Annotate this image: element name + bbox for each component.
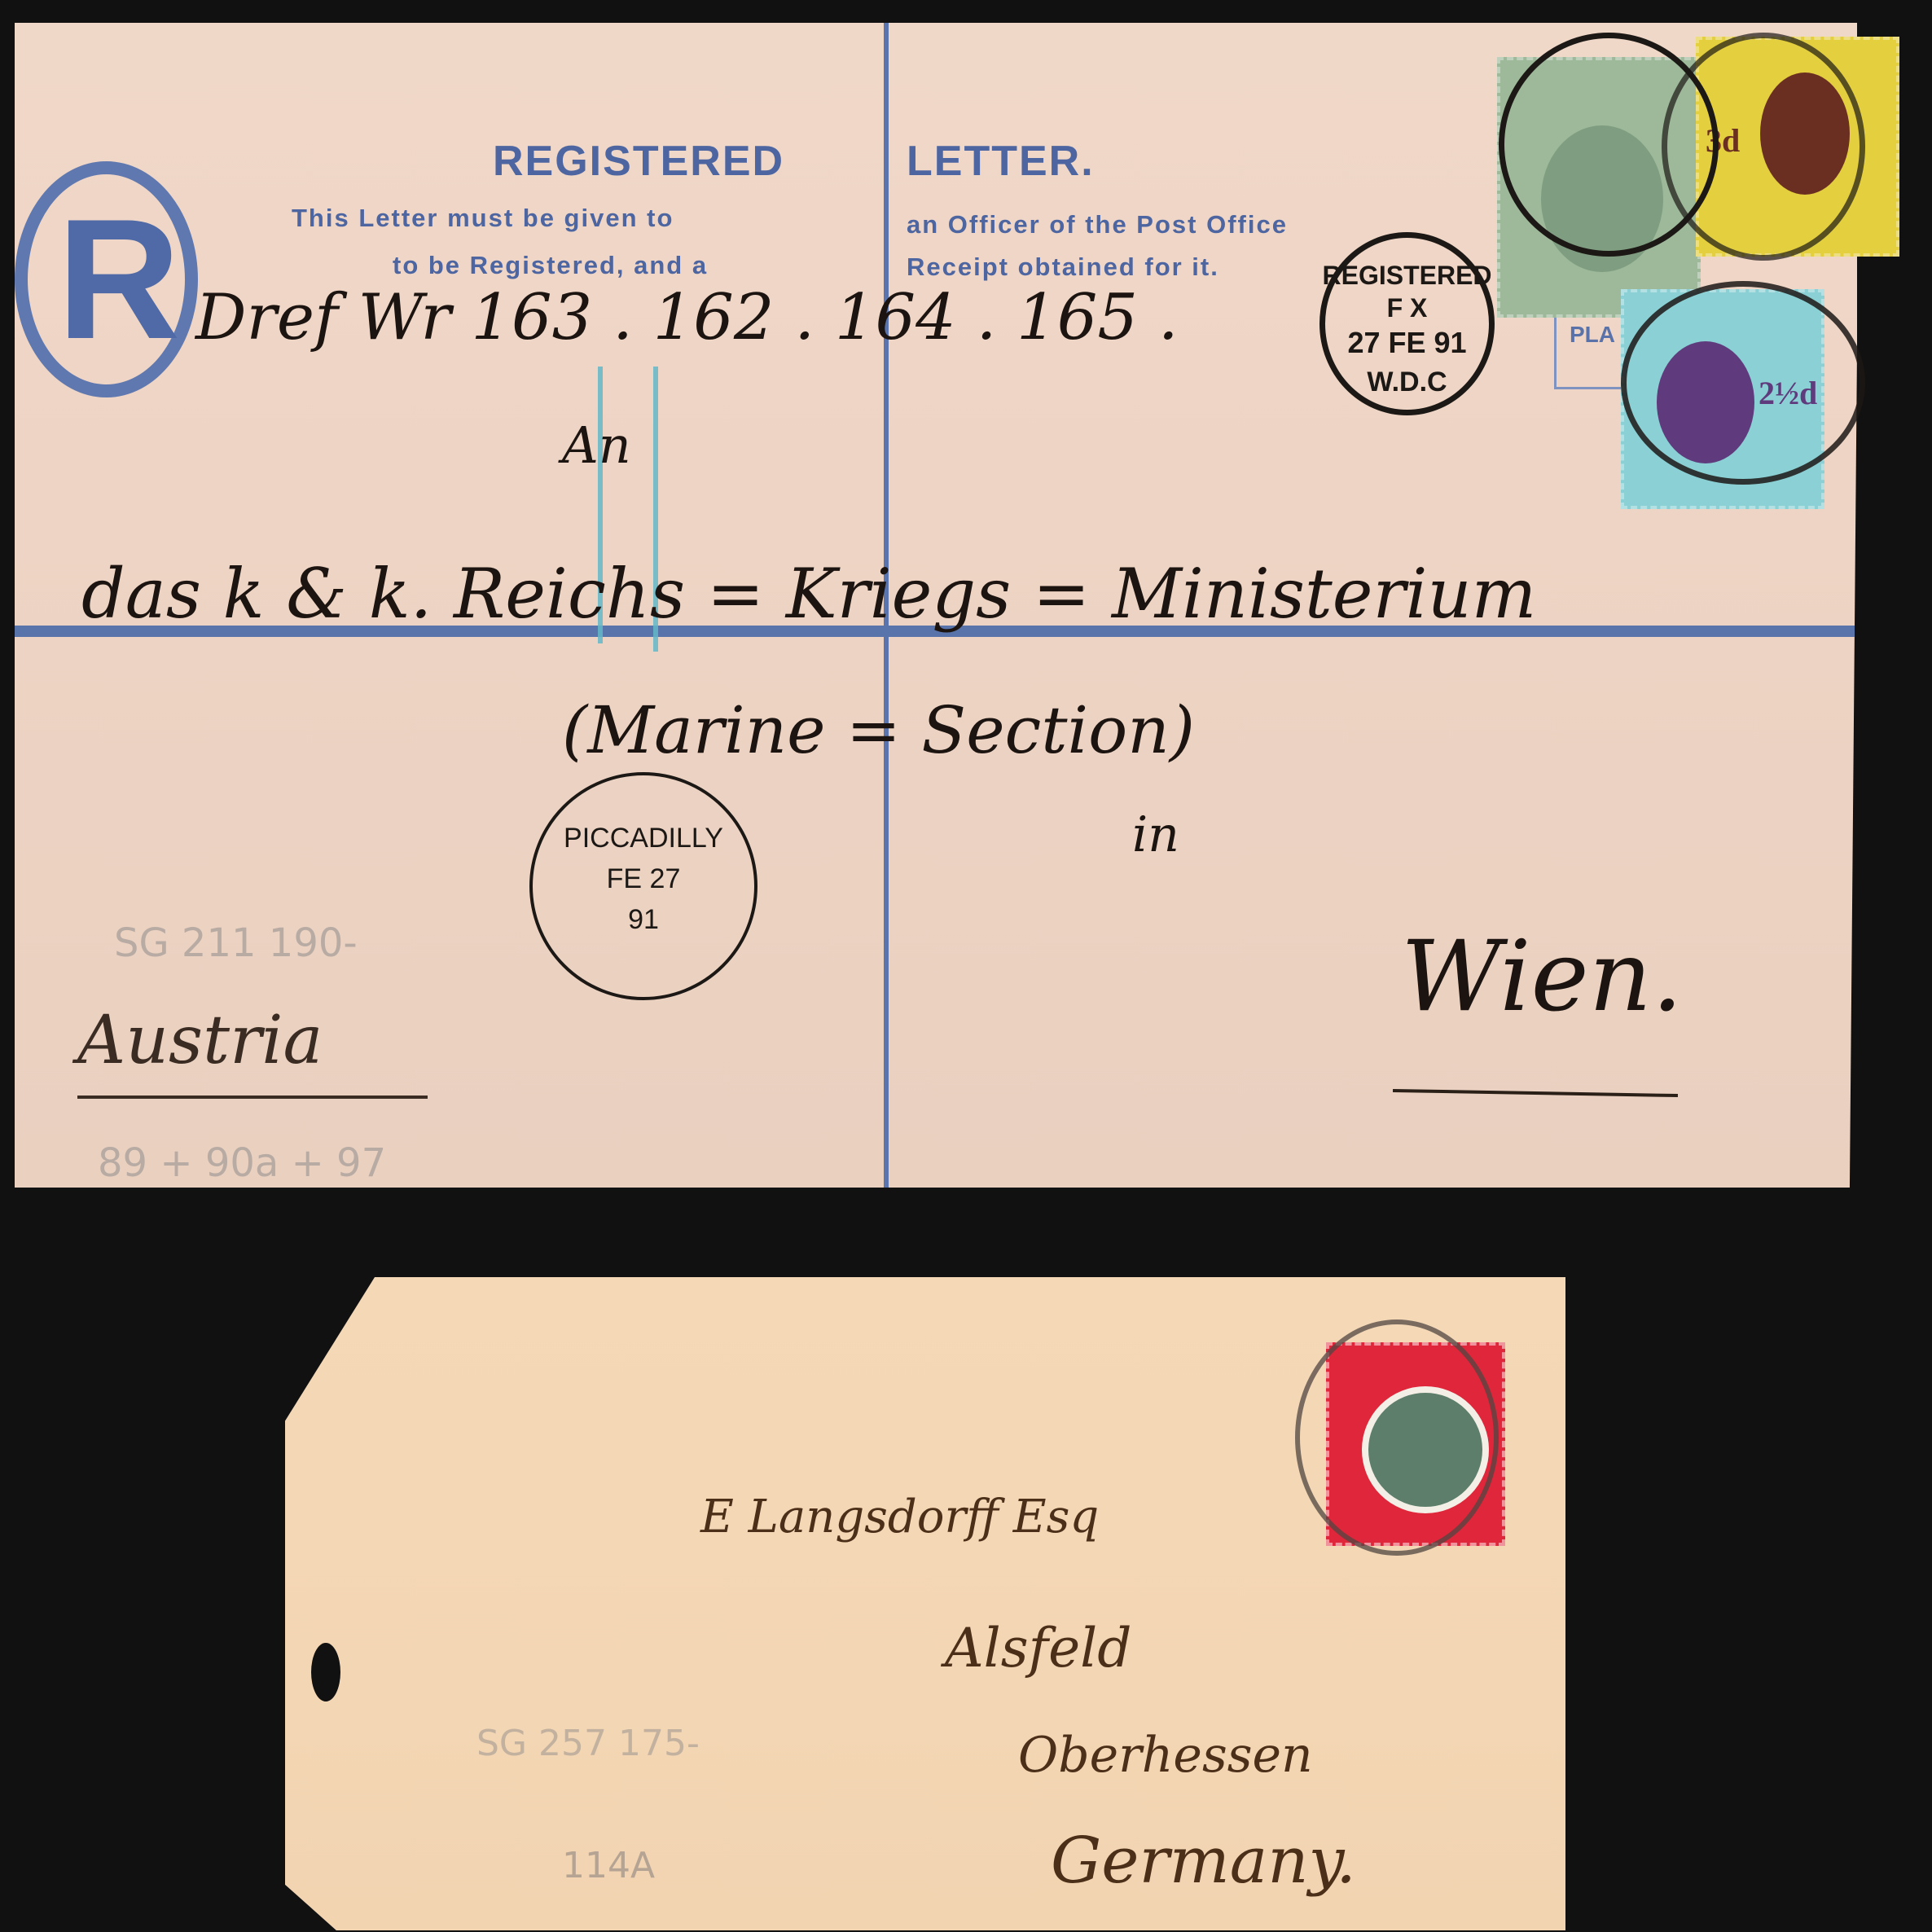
- registered-r-emblem: R: [57, 194, 181, 365]
- handwritten-an: An: [562, 415, 631, 475]
- tag-address-country: Germany.: [1051, 1824, 1356, 1898]
- registered-postmark: [1621, 281, 1865, 485]
- postmark-text: W.D.C: [1319, 367, 1495, 398]
- tag-pencil-note-sg: SG 257 175-: [476, 1723, 700, 1764]
- header-line2-left: to be Registered, and a: [393, 251, 708, 280]
- tag-postmark: [1295, 1319, 1499, 1556]
- tag-string-hole: [311, 1643, 340, 1701]
- handwritten-country: Austria: [77, 1002, 323, 1079]
- pencil-note-catalog: 89 + 90a + 97: [98, 1140, 386, 1186]
- postmark-text: REGISTERED: [1319, 261, 1495, 291]
- handwritten-city: Wien.: [1401, 920, 1683, 1034]
- tag-address-name: E Langsdorff Esq: [700, 1491, 1099, 1543]
- header-line1-right: an Officer of the Post Office: [907, 210, 1288, 239]
- tag-address-town: Alsfeld: [945, 1617, 1132, 1680]
- header-title-left: REGISTERED: [493, 137, 784, 186]
- header-line2-right: Receipt obtained for it.: [907, 252, 1219, 282]
- header-title-right: LETTER.: [907, 137, 1095, 186]
- postmark-text: 91: [529, 904, 757, 936]
- country-underline: [77, 1096, 428, 1099]
- postmark-date: FE 27: [529, 863, 757, 895]
- header-line1-left: This Letter must be given to: [292, 204, 674, 233]
- tag-address-region: Oberhessen: [1018, 1727, 1313, 1784]
- registered-postmark: [1662, 33, 1865, 261]
- postmark-text: F X: [1319, 293, 1495, 323]
- postmark-date: 27 FE 91: [1319, 326, 1495, 360]
- handwritten-addressee: das k & k. Reichs = Kriegs = Ministerium: [81, 554, 1536, 634]
- handwritten-reference: Dref Wr 163 . 162 . 164 . 165 .: [195, 281, 1179, 354]
- handwritten-in: in: [1132, 806, 1179, 863]
- pencil-note-sg: SG 211 190-: [114, 920, 358, 966]
- postmark-text: PICCADILLY: [529, 823, 757, 854]
- stamp-placement-label: PLA: [1570, 322, 1615, 348]
- handwritten-section: (Marine = Section): [562, 692, 1195, 768]
- tag-pencil-note-number: 114A: [562, 1845, 655, 1886]
